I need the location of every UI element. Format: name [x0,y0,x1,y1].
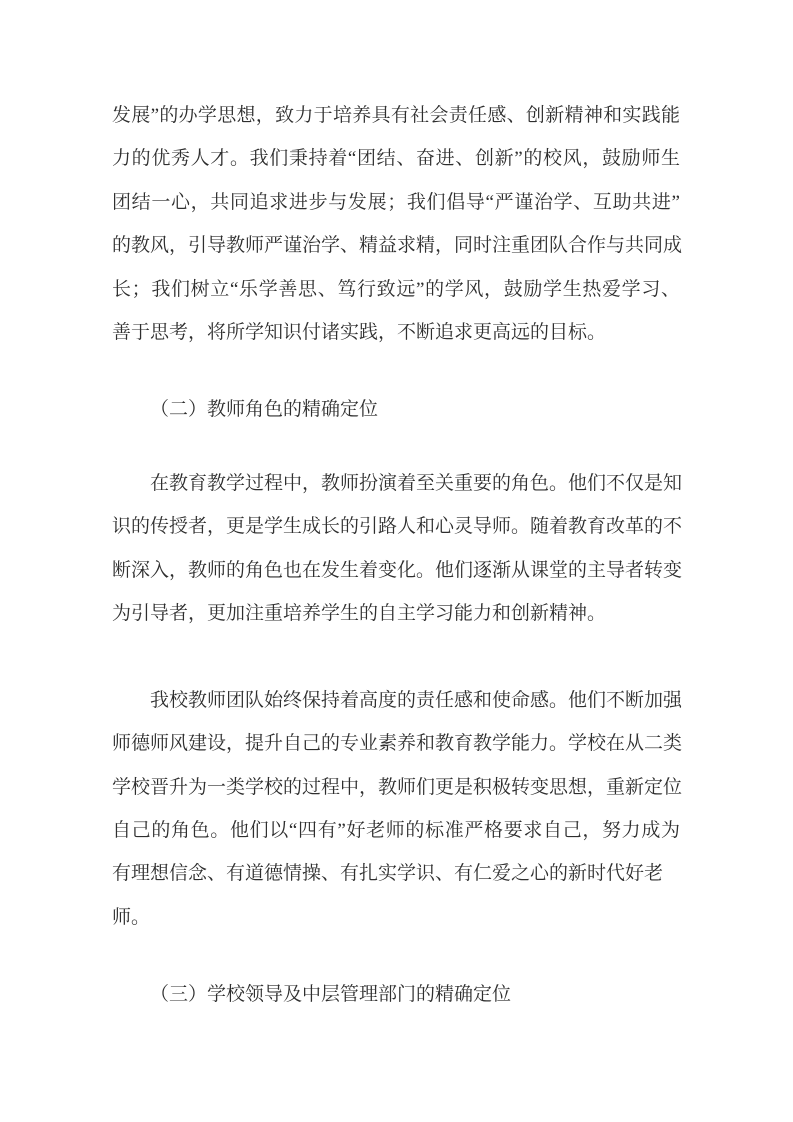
text-line: 师德师风建设，提升自己的专业素养和教育教学能力。学校在从二类 [112,722,680,765]
text-line: 识的传授者，更是学生成长的引路人和心灵导师。随着教育改革的不 [112,505,680,548]
text-line: 善于思考，将所学知识付诸实践，不断追求更高远的目标。 [112,311,680,354]
text-line: 自己的角色。他们以“四有”好老师的标准严格要求自己，努力成为 [112,809,680,852]
paragraph: 在教育教学过程中，教师扮演着至关重要的角色。他们不仅是知识的传授者，更是学生成长… [112,462,680,636]
text-line: 为引导者，更加注重培养学生的自主学习能力和创新精神。 [112,592,680,635]
text-line: 团结一心，共同追求进步与发展；我们倡导“严谨治学、互助共进” [112,181,680,224]
paragraph: 我校教师团队始终保持着高度的责任感和使命感。他们不断加强师德师风建设，提升自己的… [112,679,680,939]
paragraph: 发展”的办学思想，致力于培养具有社会责任感、创新精神和实践能力的优秀人才。我们秉… [112,94,680,354]
text-line: 断深入，教师的角色也在发生着变化。他们逐渐从课堂的主导者转变 [112,549,680,592]
text-line: 长；我们树立“乐学善思、笃行致远”的学风，鼓励学生热爱学习、 [112,268,680,311]
text-line: 有理想信念、有道德情操、有扎实学识、有仁爱之心的新时代好老师。 [112,852,680,939]
document-page: 发展”的办学思想，致力于培养具有社会责任感、创新精神和实践能力的优秀人才。我们秉… [0,0,793,1122]
text-line: 的教风，引导教师严谨治学、精益求精，同时注重团队合作与共同成 [112,224,680,267]
section-heading: （二）教师角色的精确定位 [112,388,680,431]
document-body: 发展”的办学思想，致力于培养具有社会责任感、创新精神和实践能力的优秀人才。我们秉… [112,94,680,1017]
text-line: 发展”的办学思想，致力于培养具有社会责任感、创新精神和实践能 [112,94,680,137]
text-line: 在教育教学过程中，教师扮演着至关重要的角色。他们不仅是知 [112,462,680,505]
text-line: 学校晋升为一类学校的过程中，教师们更是积极转变思想，重新定位 [112,766,680,809]
section-heading: （三）学校领导及中层管理部门的精确定位 [112,973,680,1016]
text-line: 力的优秀人才。我们秉持着“团结、奋进、创新”的校风，鼓励师生 [112,137,680,180]
text-line: 我校教师团队始终保持着高度的责任感和使命感。他们不断加强 [112,679,680,722]
